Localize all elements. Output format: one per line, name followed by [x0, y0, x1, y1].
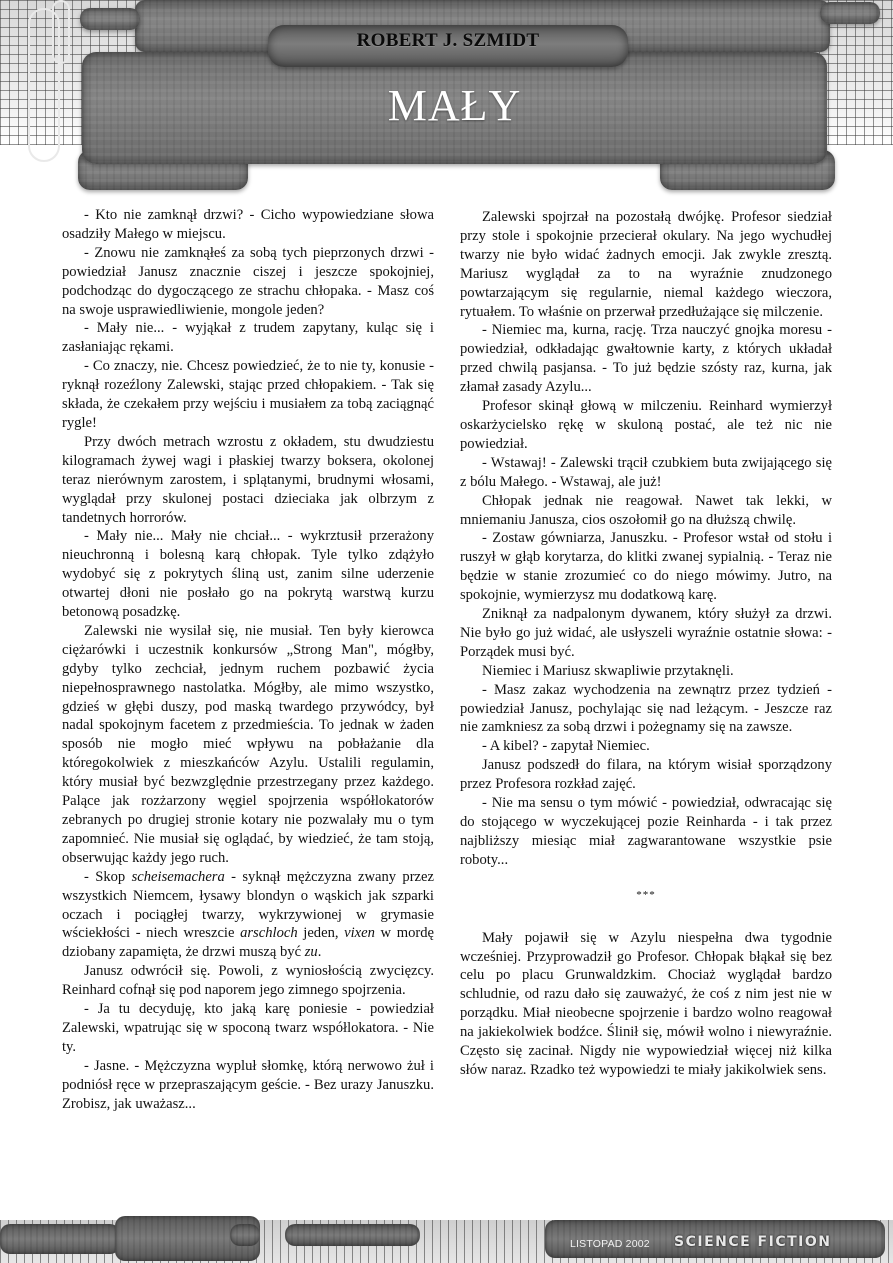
paragraph: - Wstawaj! - Zalewski trącił czubkiem bu…	[460, 454, 832, 492]
header-pipe-right	[820, 2, 880, 24]
paragraph: - Jasne. - Mężczyzna wypluł słomkę, któr…	[62, 1057, 434, 1114]
header-wire-decoration	[52, 0, 70, 64]
paragraph: - Mały nie... Mały nie chciał... - wykrz…	[62, 527, 434, 622]
paragraph: Mały pojawił się w Azylu niespełna dwa t…	[460, 929, 832, 1080]
paragraph: Zalewski spojrzał na pozostałą dwójkę. P…	[460, 208, 832, 321]
header-pipe-left	[80, 8, 140, 30]
paragraph: - Zostaw gówniarza, Januszku. - Profesor…	[460, 529, 832, 605]
paragraph: - Nie ma sensu o tym mówić - powiedział,…	[460, 794, 832, 870]
right-column: Zalewski spojrzał na pozostałą dwójkę. P…	[460, 208, 832, 1114]
paragraph: - Kto nie zamknął drzwi? - Cicho wypowie…	[62, 206, 434, 244]
paragraph: - Znowu nie zamknąłeś za sobą tych piepr…	[62, 244, 434, 320]
text: .	[318, 944, 322, 960]
paragraph: - Co znaczy, nie. Chcesz powiedzieć, że …	[62, 357, 434, 433]
footer-slab	[230, 1224, 260, 1246]
italic-foreign-word: vixen	[344, 925, 375, 941]
italic-foreign-word: zu	[305, 944, 318, 960]
issue-date: LISTOPAD 2002	[570, 1238, 650, 1250]
footer-banner: LISTOPAD 2002 SCIENCE FICTION	[0, 1212, 893, 1263]
paragraph: Janusz podszedł do filara, na którym wis…	[460, 756, 832, 794]
paragraph: Zalewski nie wysilał się, nie musiał. Te…	[62, 622, 434, 868]
paragraph: - Mały nie... - wyjąkał z trudem zapytan…	[62, 319, 434, 357]
paragraph: Chłopak jednak nie reagował. Nawet tak l…	[460, 492, 832, 530]
footer-slab	[285, 1224, 420, 1246]
header-banner: ROBERT J. SZMIDT MAŁY	[0, 0, 893, 200]
italic-foreign-word: arschloch	[240, 925, 298, 941]
paragraph-with-foreign-words: - Skop scheisemachera - syknął mężczyzna…	[62, 868, 434, 963]
italic-foreign-word: scheisemachera	[132, 869, 225, 885]
text: - Skop	[84, 869, 132, 885]
paragraph: Niemiec i Mariusz skwapliwie przytaknęli…	[460, 662, 832, 681]
article-body: - Kto nie zamknął drzwi? - Cicho wypowie…	[62, 206, 832, 1114]
story-title: MAŁY	[82, 80, 827, 131]
paragraph: - A kibel? - zapytał Niemiec.	[460, 737, 832, 756]
paragraph: Profesor skinął głową w milczeniu. Reinh…	[460, 397, 832, 454]
footer-slab	[0, 1224, 120, 1254]
magazine-name: SCIENCE FICTION	[674, 1234, 831, 1250]
paragraph: - Masz zakaz wychodzenia na zewnątrz prz…	[460, 681, 832, 738]
paragraph: Zniknął za nadpalonym dywanem, który słu…	[460, 605, 832, 662]
paragraph: Janusz odwrócił się. Powoli, z wyniosłoś…	[62, 962, 434, 1000]
text: jeden,	[298, 925, 345, 941]
section-separator: ***	[460, 886, 832, 905]
paragraph: - Ja tu decyduję, kto jaką karę poniesie…	[62, 1000, 434, 1057]
author-name: ROBERT J. SZMIDT	[268, 30, 628, 52]
left-column: - Kto nie zamknął drzwi? - Cicho wypowie…	[62, 206, 434, 1114]
paragraph: Przy dwóch metrach wzrostu z okładem, st…	[62, 433, 434, 528]
paragraph: - Niemiec ma, kurna, rację. Trza nauczyć…	[460, 321, 832, 397]
